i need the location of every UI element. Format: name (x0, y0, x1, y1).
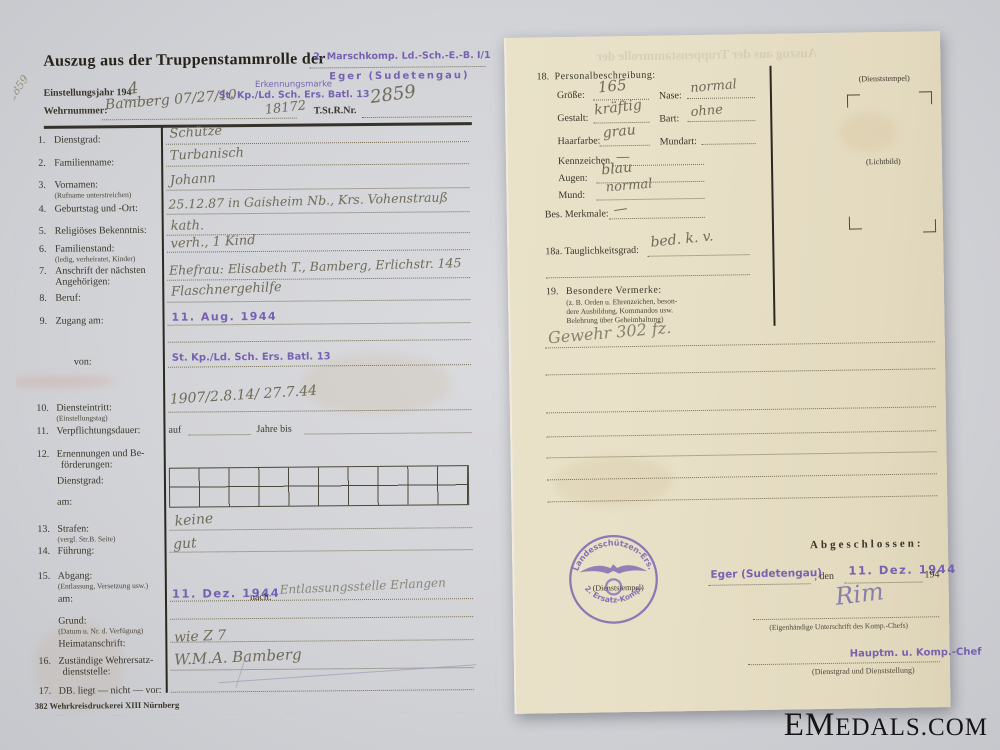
field-11-line2 (305, 432, 472, 434)
rank-caption: (Dienstgrad und Dienststellung) (812, 666, 915, 677)
field-15-label: Abgang: (58, 570, 93, 581)
bart-value: ohne (690, 102, 723, 120)
vermerke-line-4 (546, 430, 936, 437)
field-9-date-stamp: 11. Aug. 1944 (171, 310, 277, 324)
field-15-heimat-label: Heimatanschrift: (58, 638, 125, 650)
field-2-label: Familienname: (54, 157, 114, 169)
lichtbild-label: (Lichtbild) (866, 157, 901, 167)
von-unit-stamp: St. Kp./Ld. Sch. Ers. Batl. 13 (172, 351, 331, 363)
augen-label: Augen: (558, 173, 588, 184)
field-10-number: 10. (36, 403, 49, 414)
field-11-jahre-bis: Jahre bis (256, 424, 291, 435)
field-13-sublabel: (vergl. Str.B. Seite) (57, 534, 115, 544)
field-7-label2: Angehörigen: (55, 276, 110, 287)
watermark: EMEDALS.COM (784, 707, 988, 744)
field-7-value: Ehefrau: Elisabeth T., Bamberg, Erlichst… (169, 255, 462, 278)
field-12-number: 12. (37, 449, 50, 460)
section-divider (769, 66, 775, 326)
section-18-number: 18. (537, 71, 550, 82)
mund-value: normal (605, 176, 653, 195)
paper-crease-stain (6, 375, 116, 388)
field-15-sublabel: (Entlassung, Versetzung usw.) (58, 581, 148, 591)
field-3-sublabel: (Rufname unterstreichen) (54, 190, 131, 200)
photo-corner-br (923, 219, 936, 232)
wehrnummer-label: Wehrnummer: (44, 105, 108, 117)
haarfarbe-line (600, 145, 650, 147)
bleed-through-title: Auszug aus der Truppenstammrolle der (596, 45, 817, 64)
field-8-number: 8. (39, 293, 47, 304)
field-13-value: keine (174, 511, 214, 530)
field-5-number: 5. (39, 226, 47, 237)
field-8-value: Flaschnergehilfe (171, 280, 282, 300)
mund-label: Mund: (558, 190, 585, 201)
field-1-value: Schütze (169, 124, 223, 142)
photo-corner-bl (849, 216, 862, 229)
field-2-line (166, 163, 469, 167)
field-15-heimat-value: wie Z 7 (174, 627, 227, 645)
tstr-value: 2859 (369, 81, 417, 108)
blank-line (168, 339, 471, 343)
groesse-value: 165 (597, 76, 627, 97)
field-15-nach-value: Entlassungsstelle Erlangen (279, 576, 446, 597)
field-8-label: Beruf: (55, 293, 81, 304)
field-6-number: 6. (39, 244, 47, 255)
section-18a-label: 18a. Tauglichkeitsgrad: (545, 245, 639, 257)
field-14-number: 14. (38, 546, 51, 557)
field-16-value: W.M.A. Bamberg (174, 645, 302, 669)
signature-line (753, 616, 939, 620)
printer-footer: 382 Wehrkreisdruckerei XIII Nürnberg (35, 700, 179, 711)
field-12-dienstgrad-label: Dienstgrad: (57, 475, 104, 486)
field-2-number: 2. (38, 158, 46, 169)
vermerke-line-5 (547, 451, 937, 458)
tstr-label: T.St.R.Nr. (314, 105, 357, 116)
den-label: , den (814, 571, 834, 582)
section-18a-line (647, 254, 749, 257)
place-line (709, 583, 811, 586)
field-6-value: verh., 1 Kind (170, 233, 256, 252)
merkmale-value: — (612, 200, 628, 218)
unit-stamp-underline (309, 66, 485, 69)
field-9-label: Zugang am: (56, 315, 104, 326)
field-5-value: kath. (171, 218, 204, 233)
mund-line (597, 198, 705, 201)
field-3-label: Vornamen: (54, 179, 98, 190)
eagle-icon (579, 564, 647, 574)
field-4-label: Geburtstag und -Ort: (55, 203, 138, 215)
field-17-line (171, 689, 474, 693)
field-15-nach-label: nach: (250, 592, 272, 603)
field-11-number: 11. (36, 426, 48, 437)
field-16-label2: dienststelle: (63, 666, 111, 677)
unit-stamp-line1: 2. Marschkomp. Ld.-Sch.-E.-B. I/13 (313, 50, 485, 63)
vermerke-line-7 (547, 495, 937, 502)
wreath-icon (606, 579, 621, 594)
field-15-grund-sublabel: (Datum u. Nr. d. Verfügung) (58, 626, 143, 636)
gestalt-label: Gestalt: (557, 113, 588, 124)
von-line (168, 364, 471, 368)
field-7-label: Anschrift der nächsten (55, 265, 146, 277)
field-7-line (167, 277, 470, 281)
form-title: Auszug aus der Truppenstammrolle der (43, 50, 326, 70)
vermerke-line-6 (547, 473, 937, 480)
wehrnummer-line (102, 118, 297, 121)
field-16-label: Zuständige Wehrersatz- (58, 655, 153, 667)
field-3-number: 3. (38, 180, 46, 191)
field-12-label2: förderungen: (61, 459, 113, 470)
nase-label: Nase: (659, 90, 682, 101)
section-19-number: 19. (546, 286, 559, 297)
erkennungsmarke-number: 18172 (264, 98, 307, 118)
field-10-line (168, 409, 471, 413)
field-15-am-label: am: (58, 594, 73, 605)
unit-round-stamp: Landesschützen-Ers. 2. Ersatz-Komp. (566, 532, 661, 627)
field-4-value: 25.12.87 in Gaisheim Nb., Krs. Vohenstra… (168, 189, 448, 211)
watermark-rest: EDALS.COM (835, 714, 988, 741)
dienststempel-label: (Dienststempel) (859, 74, 910, 84)
field-9-number: 9. (40, 316, 48, 327)
field-4-number: 4. (39, 204, 47, 215)
field-11-auf: auf (168, 425, 181, 436)
nase-line (687, 97, 755, 99)
field-10-sublabel: (Einstellungstag) (56, 413, 107, 422)
augen-value: blau (601, 159, 633, 178)
field-16-number: 16. (38, 656, 51, 667)
groesse-label: Größe: (557, 90, 585, 101)
field-6-label: Familienstand: (55, 243, 115, 255)
nase-value: normal (690, 77, 738, 96)
rank-stamp: Hauptm. u. Komp.-Chef (850, 647, 982, 660)
field-2-value: Turbanisch (170, 146, 245, 164)
year-label: 194 (924, 569, 939, 580)
paper-stain (837, 112, 898, 153)
header-rule (44, 122, 472, 128)
field-13-line (169, 527, 472, 531)
field-17-number: 17. (39, 686, 52, 697)
section-18a-line2 (546, 274, 750, 278)
haarfarbe-label: Haarfarbe: (558, 135, 601, 147)
pencil-margin-note: 2859 (5, 73, 32, 103)
mundart-label: Mundart: (660, 136, 697, 148)
pen-stroke (219, 664, 476, 683)
field-8-line (167, 299, 470, 303)
right-page: Auszug aus der Truppenstammrolle der 18.… (504, 31, 951, 714)
field-14-line (170, 549, 473, 553)
paper-stain (301, 353, 452, 414)
field-11-line1 (189, 434, 251, 436)
field-14-value: gut (173, 535, 198, 552)
bart-line (687, 120, 755, 122)
watermark-big: EM (784, 707, 836, 743)
field-1-line (166, 141, 469, 145)
photo-corner-tr (919, 91, 932, 104)
vermerke-line-2 (545, 368, 935, 375)
signature-caption: (Eigenhändige Unterschrift des Komp.-Che… (769, 621, 908, 632)
field-5-label: Religiöses Bekenntnis: (55, 225, 147, 237)
field-15-grund-line (170, 616, 473, 620)
von-label: von: (74, 356, 92, 367)
vermerke-line-3 (546, 406, 936, 413)
field-15-number: 15. (38, 571, 51, 582)
photo-corner-tl (847, 94, 860, 107)
field-12-am-label: am: (57, 497, 72, 508)
field-10-label: Diensteintritt: (56, 402, 112, 413)
section-18a-value: bed. k. v. (650, 228, 715, 250)
mundart-line (702, 143, 756, 145)
field-17-label: DB. liegt — nicht — vor: (59, 685, 162, 697)
field-13-label: Strafen: (57, 523, 89, 534)
promotion-grid (169, 465, 469, 508)
field-12-label: Ernennungen und Be- (57, 448, 145, 460)
closing-date-stamp: 11. Dez. 1944 (848, 562, 957, 578)
merkmale-label: Bes. Merkmale: (545, 208, 609, 220)
section-19-label: Besondere Vermerke: (566, 285, 662, 298)
field-1-number: 1. (38, 135, 46, 146)
field-4-line (167, 211, 470, 215)
abgeschlossen-label: Abgeschlossen: (810, 537, 924, 551)
haarfarbe-value: grau (602, 122, 637, 141)
field-11-label: Verpflichtungsdauer: (56, 425, 140, 437)
tstr-line (362, 116, 472, 118)
place-stamp: Eger (Sudetengau) (710, 567, 822, 581)
left-page: 2859 Auszug aus der Truppenstammrolle de… (13, 28, 496, 716)
field-1-label: Dienstgrad: (54, 134, 101, 145)
field-3-value: Johann (169, 171, 216, 189)
field-6-sublabel: (ledig, verheiratet, Kinder) (55, 254, 135, 264)
rank-line (748, 661, 940, 665)
form-divider (161, 127, 168, 693)
field-13-number: 13. (37, 524, 50, 535)
signature: Rim (834, 577, 886, 611)
merkmale-line (609, 217, 705, 220)
field-14-label: Führung: (58, 545, 95, 556)
field-10-value: 1907/2.8.14/ 27.7.44 (169, 383, 317, 408)
bart-label: Bart: (659, 113, 679, 124)
field-7-number: 7. (39, 266, 47, 277)
field-15-grund-label: Grund: (58, 615, 86, 626)
